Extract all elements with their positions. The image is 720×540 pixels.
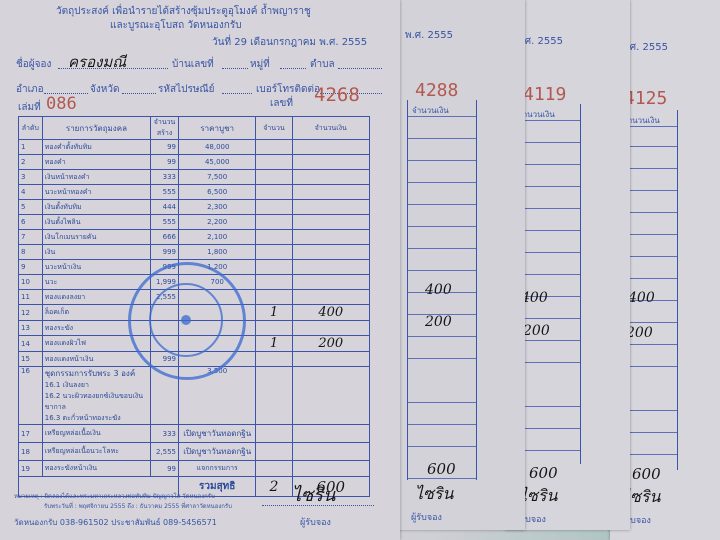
row-amount [292,290,369,305]
row-price: แจกกรรมการ [178,461,255,477]
row-price: เปิดบูชาวันทอดกฐิน [178,425,255,443]
footer-note-line2: รับพระวันที่ : พฤศจิกายน 2555 ถึง : ธันว… [44,501,232,511]
row-qty: 555 [151,185,179,200]
footer-contact: วัดหนองกรับ 038-961502 ประชาสัมพันธ์ 089… [14,516,217,529]
tambon-label: ตำบล [310,57,335,72]
row-qty: 444 [151,200,179,215]
row-no: 19 [19,461,43,477]
row-item: เงินตั้งไพลิน [42,215,150,230]
row-count [256,290,292,305]
table-row: 7เงินโกเมนรายคัน6662,100 [19,230,370,245]
copy-receiver-label: ผู้รับจอง [411,510,442,524]
table-row: 3เงินหน้าทองคำ3337,500 [19,170,370,185]
copy-line14-amount: 200 [523,323,550,339]
signature-line [262,505,374,506]
row-price: 6,500 [178,185,255,200]
moo-label: หมู่ที่ [250,57,270,72]
footer-note-line1: หมายเหตุ : ผิดลองได้และพระมหาเถระหลวงพ่อ… [14,491,215,501]
postcode-field[interactable] [222,93,252,94]
row-no: 16 [19,367,43,425]
copy-line14-amount: 200 [626,325,653,341]
row-count [256,443,292,461]
row-count [256,352,292,367]
row-item: เหรียญหล่อเนื้อนวะโลหะ [42,443,150,461]
receipt-number: 4268 [314,84,360,106]
row-no: 12 [19,305,43,321]
row-qty: 99 [151,155,179,170]
book-number: 086 [46,94,77,114]
row-item: ทองแดงหน้าเงิน [42,352,150,367]
row-no: 4 [19,185,43,200]
row-count [256,275,292,290]
row-item: เงินโกเมนรายคัน [42,230,150,245]
row-amount [292,461,369,477]
row-no: 10 [19,275,43,290]
copy-year: พ.ศ. 2555 [405,28,453,43]
temple-stamp-icon [128,262,246,380]
copy-number: 4288 [415,80,458,101]
number-label: เลขที่ [270,96,293,111]
row-count [256,155,292,170]
row-price: 48,000 [178,140,255,155]
row-item: เงิน [42,245,150,260]
form-date: วันที่ 29 เดือนกรกฎาคม พ.ศ. 2555 [212,35,367,50]
row-price: 2,300 [178,200,255,215]
row-count: 1 [256,336,292,352]
col-header-amount: จำนวนเงิน [292,117,369,140]
row-amount [292,185,369,200]
book-label: เล่มที่ [18,100,41,115]
row-no: 13 [19,321,43,336]
row-item: ทองระฆังหน้าเงิน [42,461,150,477]
table-row: 17เหรียญหล่อเนื้อเงิน333เปิดบูชาวันทอดกฐ… [19,425,370,443]
row-qty: 999 [151,245,179,260]
row-count [256,321,292,336]
row-no: 2 [19,155,43,170]
row-count [256,425,292,443]
row-amount [292,215,369,230]
row-no: 17 [19,425,43,443]
postcode-label: รหัสไปรษณีย์ [158,82,215,97]
copy-line12-amount: 400 [425,282,452,298]
row-count [256,367,292,425]
province-label: จังหวัด [90,82,119,97]
form-title-line1: วัตถุประสงค์ เพื่อนำรายได้สร้างซุ้มประตู… [56,4,311,19]
row-price: 1,800 [178,245,255,260]
table-row: 6เงินตั้งไพลิน5552,200 [19,215,370,230]
house-no-field[interactable] [222,68,248,69]
col-header-price: ราคาบูชา [178,117,255,140]
row-count: 1 [256,305,292,321]
row-count [256,185,292,200]
row-count [256,245,292,260]
row-no: 11 [19,290,43,305]
table-row: 5เงินตั้งทับทิม4442,300 [19,200,370,215]
name-value: ครองมณี [68,50,126,74]
row-amount [292,275,369,290]
row-no: 5 [19,200,43,215]
copy-line14-amount: 200 [425,314,452,330]
province-field[interactable] [122,93,156,94]
row-amount [292,443,369,461]
amphoe-label: อำเภอ [16,82,44,97]
house-no-label: บ้านเลขที่ [172,57,214,72]
moo-field[interactable] [280,68,306,69]
row-count [256,140,292,155]
copy-total: 600 [427,460,456,478]
row-no: 15 [19,352,43,367]
row-item: ทองคำ [42,155,150,170]
row-qty: 555 [151,215,179,230]
row-no: 1 [19,140,43,155]
row-amount [292,200,369,215]
row-price: 2,200 [178,215,255,230]
table-row: 19ทองระฆังหน้าเงิน99แจกกรรมการ [19,461,370,477]
copy-line12-amount: 400 [628,290,655,306]
row-amount [292,321,369,336]
row-item: ชุดกรรมการรับพระ 3 องค์ 16.1 เงินลงยา 16… [42,367,150,425]
row-item: เหรียญหล่อเนื้อเงิน [42,425,150,443]
row-no: 6 [19,215,43,230]
row-qty: 333 [151,170,179,185]
receipt-main-4268: วัตถุประสงค์ เพื่อนำรายได้สร้างซุ้มประตู… [0,0,400,540]
row-item: นวะหน้าเงิน [42,260,150,275]
copy-signature: ไซริน [415,482,453,507]
row-count [256,461,292,477]
row-count [256,200,292,215]
row-qty: 99 [151,461,179,477]
row-amount [292,170,369,185]
col-header-item: รายการวัตถุมงคล [42,117,150,140]
row-qty: 2,555 [151,443,179,461]
row-price: 45,000 [178,155,255,170]
form-title-line2: และบูรณะอุโบสถ วัดหนองกรับ [110,18,242,33]
copy-number: 4119 [523,84,566,105]
col-header-count: จำนวน [256,117,292,140]
row-amount [292,260,369,275]
row-count [256,170,292,185]
table-row: 18เหรียญหล่อเนื้อนวะโลหะ2,555เปิดบูชาวัน… [19,443,370,461]
table-row: 4นวะหน้าทองคำ5556,500 [19,185,370,200]
phone-label: เบอร์โทรติดต่อ [256,82,320,97]
total-count: 2 [256,477,292,497]
row-amount [292,425,369,443]
receipt-copy-4288: พ.ศ. 2555 4288 จำนวนเงิน 400 200 600 ไซร… [395,0,525,530]
row-item: เงินตั้งทับทิม [42,200,150,215]
row-amount [292,155,369,170]
col-header-qty: จำนวนสร้าง [151,117,179,140]
row-amount: 200 [292,336,369,352]
tambon-field[interactable] [338,68,382,69]
copy-total: 600 [529,464,558,482]
row-amount [292,140,369,155]
row-item: ทองคำตั้งทับทิม [42,140,150,155]
row-price: 7,500 [178,170,255,185]
copy-line12-amount: 400 [521,290,548,306]
row-item: เงินหน้าทองคำ [42,170,150,185]
table-row: 8เงิน9991,800 [19,245,370,260]
receiver-label: ผู้รับจอง [300,515,331,529]
row-amount: 400 [292,305,369,321]
row-price: เปิดบูชาวันทอดกฐิน [178,443,255,461]
row-qty: 99 [151,140,179,155]
name-label: ชื่อผู้จอง [16,57,51,72]
row-amount [292,352,369,367]
row-no: 14 [19,336,43,352]
copy-total: 600 [632,465,661,483]
table-row: 1ทองคำตั้งทับทิม9948,000 [19,140,370,155]
row-no: 8 [19,245,43,260]
row-item: นวะหน้าทองคำ [42,185,150,200]
row-no: 18 [19,443,43,461]
row-qty: 666 [151,230,179,245]
col-header-no: ลำดับ [19,117,43,140]
row-qty: 333 [151,425,179,443]
row-amount [292,245,369,260]
row-count [256,230,292,245]
row-count [256,260,292,275]
copy-number: 4125 [624,88,667,109]
row-item: นวะ [42,275,150,290]
row-no: 3 [19,170,43,185]
row-no: 9 [19,260,43,275]
row-no: 7 [19,230,43,245]
row-amount [292,367,369,425]
row-price: 2,100 [178,230,255,245]
row-count [256,215,292,230]
table-row: 2ทองคำ9945,000 [19,155,370,170]
row-amount [292,230,369,245]
